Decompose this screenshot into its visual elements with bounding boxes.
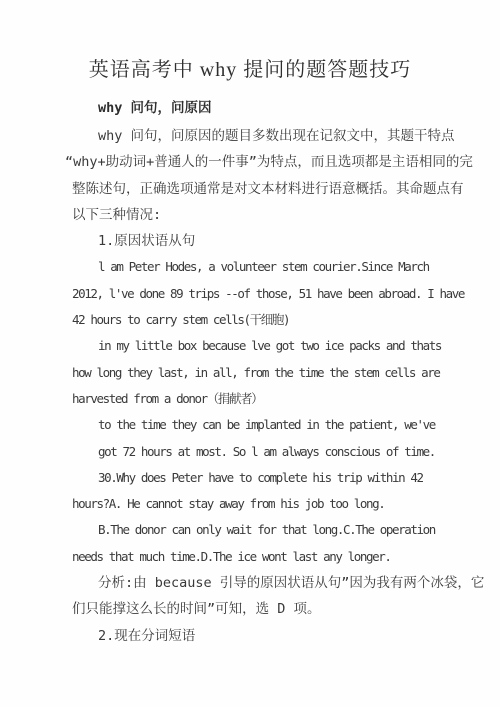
text-line: in my little box because lve got two ice… bbox=[72, 333, 470, 359]
document-body: why 问句，问原因 why 问句，问原因的题目多数出现在记叙文中，其题干特点 … bbox=[72, 94, 470, 649]
text-line: why 问句，问原因的题目多数出现在记叙文中，其题干特点 bbox=[72, 123, 470, 149]
list-item-heading: 1.原因状语从句 bbox=[72, 228, 470, 254]
list-item-heading: 2.现在分词短语 bbox=[72, 623, 470, 649]
text-line: harvested from a donor（捐献者） bbox=[72, 386, 470, 412]
text-line: l am Peter Hodes, a volunteer stem couri… bbox=[72, 254, 470, 280]
text-line: “why+助动词+普通人的一件事”为特点，而且选项都是主语相同的完 bbox=[65, 149, 470, 175]
text-line: got 72 hours at most. So l am always con… bbox=[72, 439, 470, 465]
option-line: needs that much time.D.The ice wont last… bbox=[72, 544, 470, 570]
option-line: B.The donor can only wait for that long.… bbox=[72, 517, 470, 543]
section-heading: why 问句，问原因 bbox=[72, 94, 470, 123]
option-line: hours?A. He cannot stay away from his jo… bbox=[72, 491, 470, 517]
text-line: 整陈述句，正确选项通常是对文本材料进行语意概括。其命题点有 bbox=[72, 176, 470, 202]
document-page: 英语高考中 why 提问的题答题技巧 why 问句，问原因 why 问句，问原因… bbox=[0, 0, 500, 707]
text-line: to the time they can be implanted in the… bbox=[72, 412, 470, 438]
text-line: 42 hours to carry stem cells(干细胞) bbox=[72, 307, 470, 333]
analysis-line: 们只能撑这么长的时间”可知，选 D 项。 bbox=[72, 596, 470, 622]
document-title: 英语高考中 why 提问的题答题技巧 bbox=[0, 56, 500, 84]
text-line: how long they last, in all, from the tim… bbox=[72, 360, 470, 386]
text-line: 以下三种情况: bbox=[72, 202, 470, 228]
text-line: 2012, l've done 89 trips --of those, 51 … bbox=[72, 281, 470, 307]
question-line: 30.Why does Peter have to complete his t… bbox=[72, 465, 470, 491]
analysis-line: 分析:由 because 引导的原因状语从句”因为我有两个冰袋，它 bbox=[72, 570, 470, 596]
